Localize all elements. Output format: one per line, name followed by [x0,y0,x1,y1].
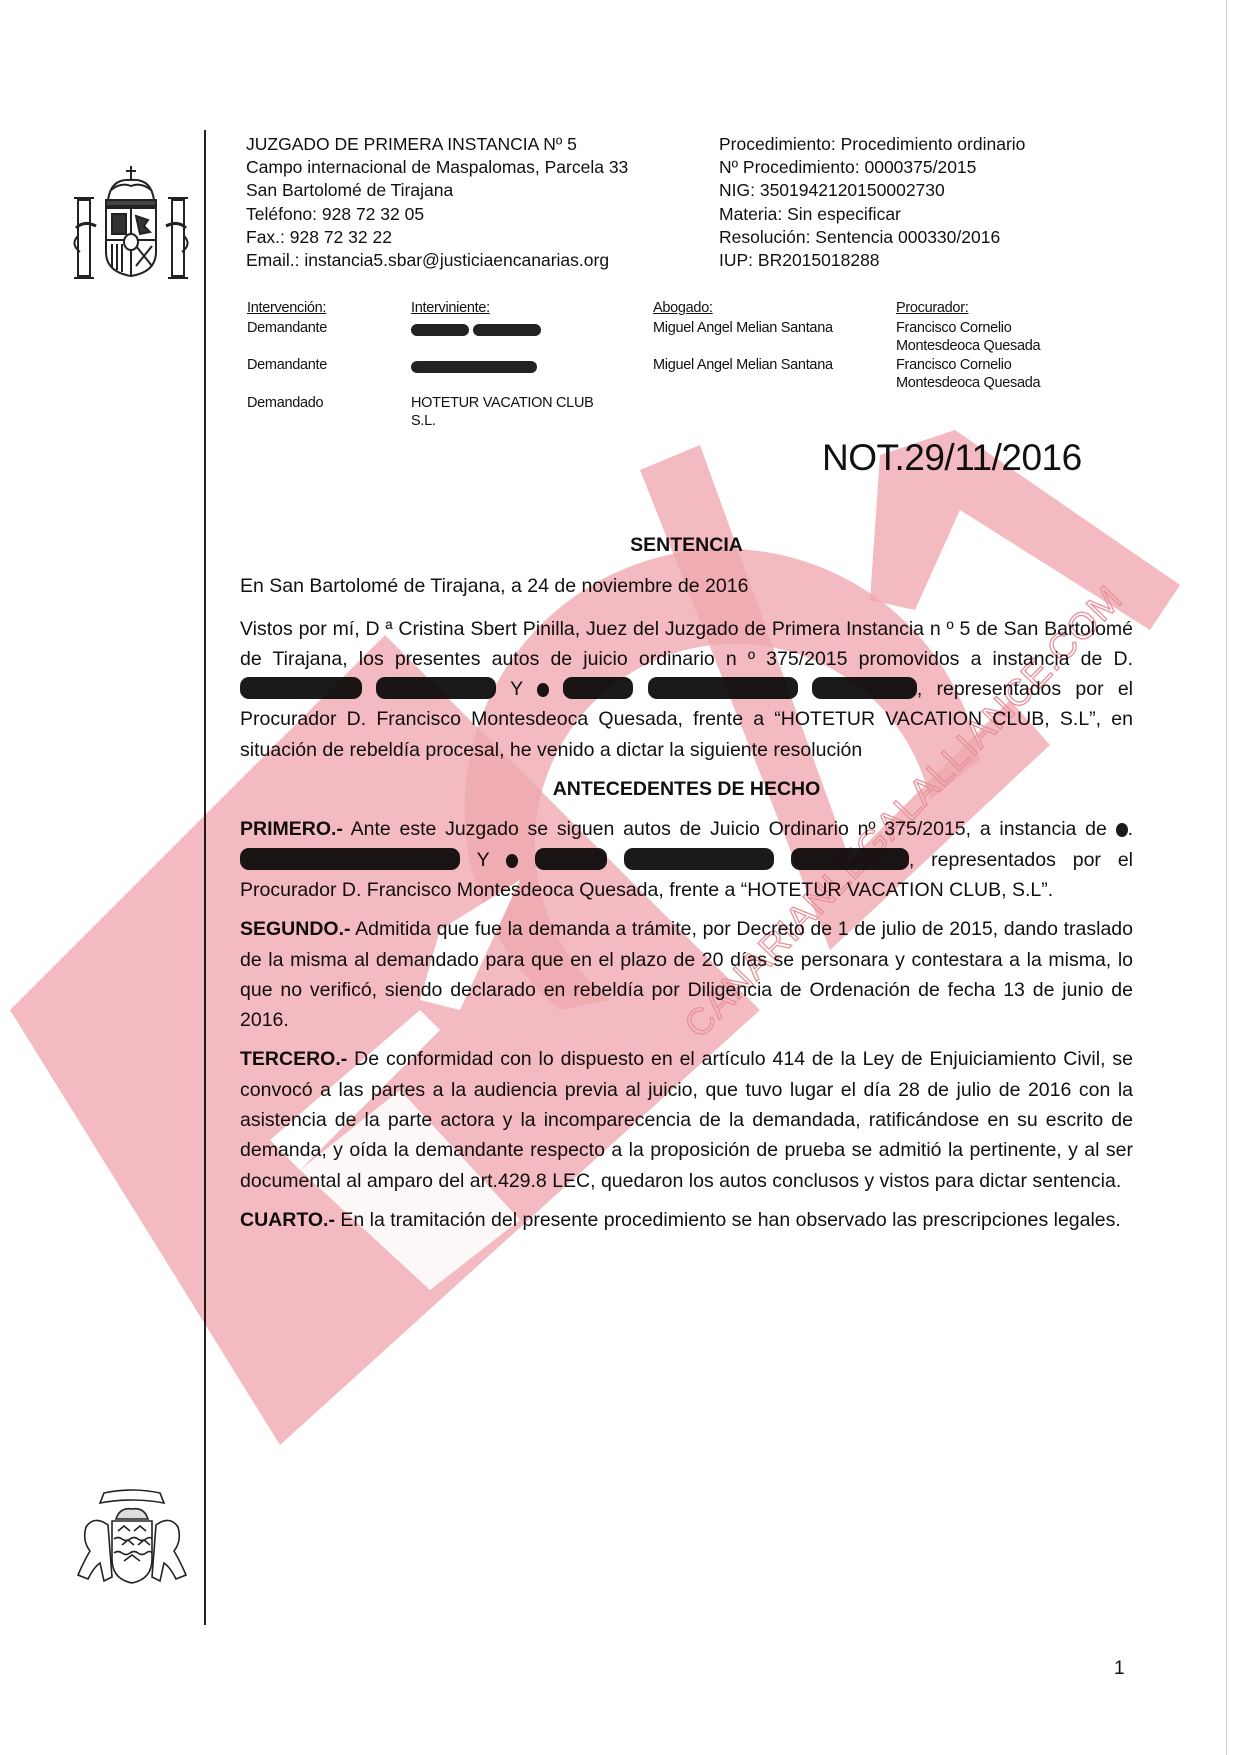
redaction [791,848,909,870]
page-number: 1 [1114,1658,1125,1680]
redaction [535,848,607,870]
spain-coat-of-arms-icon [66,160,196,300]
iup: IUP: BR2015018288 [719,249,1025,272]
redaction [648,677,798,699]
paragraph-primero: PRIMERO.- Ante este Juzgado se siguen au… [240,814,1133,905]
nig: NIG: 3501942120150002730 [719,179,1025,202]
redaction [624,848,774,870]
intro-paragraph: Vistos por mí, D ª Cristina Sbert Pinill… [240,614,1133,765]
court-name: JUZGADO DE PRIMERA INSTANCIA Nº 5 [246,133,628,156]
margin-rule [204,130,206,1625]
judgment-body: SENTENCIA En San Bartolomé de Tirajana, … [240,530,1133,1244]
page-edge [1226,0,1227,1755]
party-role: Demandante [247,357,327,375]
party-name: HOTETUR VACATION CLUB S.L. [411,395,611,430]
paragraph-tercero: TERCERO.- De conformidad con lo dispuest… [240,1044,1133,1195]
redacted-name [411,359,537,377]
paragraph-cuarto: CUARTO.- En la tramitación del presente … [240,1205,1133,1235]
section-heading: ANTECEDENTES DE HECHO [240,774,1133,804]
court-city: San Bartolomé de Tirajana [246,179,628,202]
redaction [506,854,518,868]
redacted-name [411,322,541,340]
procedure-type: Procedimiento: Procedimiento ordinario [719,133,1025,156]
header-procurador: Procurador: [896,300,968,318]
lawyer-name: Miguel Angel Melian Santana [653,357,833,375]
header-interviniente: Interviniente: [411,300,490,318]
procurador-name: Francisco Cornelio Montesdeoca Quesada [896,357,1066,392]
court-address: Campo internacional de Maspalomas, Parce… [246,156,628,179]
canarias-coat-of-arms-icon [64,1485,200,1605]
document-title: SENTENCIA [240,530,1133,560]
redaction [376,677,496,699]
resolution: Resolución: Sentencia 000330/2016 [719,226,1025,249]
paragraph-segundo: SEGUNDO.- Admitida que fue la demanda a … [240,914,1133,1035]
procedure-number: Nº Procedimiento: 0000375/2015 [719,156,1025,179]
lawyer-name: Miguel Angel Melian Santana [653,320,833,338]
redaction [812,677,917,699]
subject: Materia: Sin especificar [719,203,1025,226]
header-intervencion: Intervención: [247,300,326,318]
notification-stamp: NOT.29/11/2016 [822,437,1082,479]
court-email: Email.: instancia5.sbar@justiciaencanari… [246,249,628,272]
party-role: Demandante [247,320,327,338]
header-abogado: Abogado: [653,300,713,318]
redaction [563,677,633,699]
redaction [1116,823,1128,837]
redaction [240,677,362,699]
court-phone: Teléfono: 928 72 32 05 [246,203,628,226]
place-date: En San Bartolomé de Tirajana, a 24 de no… [240,571,1133,601]
procurador-name: Francisco Cornelio Montesdeoca Quesada [896,320,1066,355]
court-header: JUZGADO DE PRIMERA INSTANCIA Nº 5 Campo … [246,133,628,272]
case-info: Procedimiento: Procedimiento ordinario N… [719,133,1025,272]
redaction [240,848,460,870]
court-fax: Fax.: 928 72 32 22 [246,226,628,249]
party-role: Demandado [247,395,323,413]
redaction [537,683,549,697]
document-page: JUZGADO DE PRIMERA INSTANCIA Nº 5 Campo … [0,0,1241,1755]
